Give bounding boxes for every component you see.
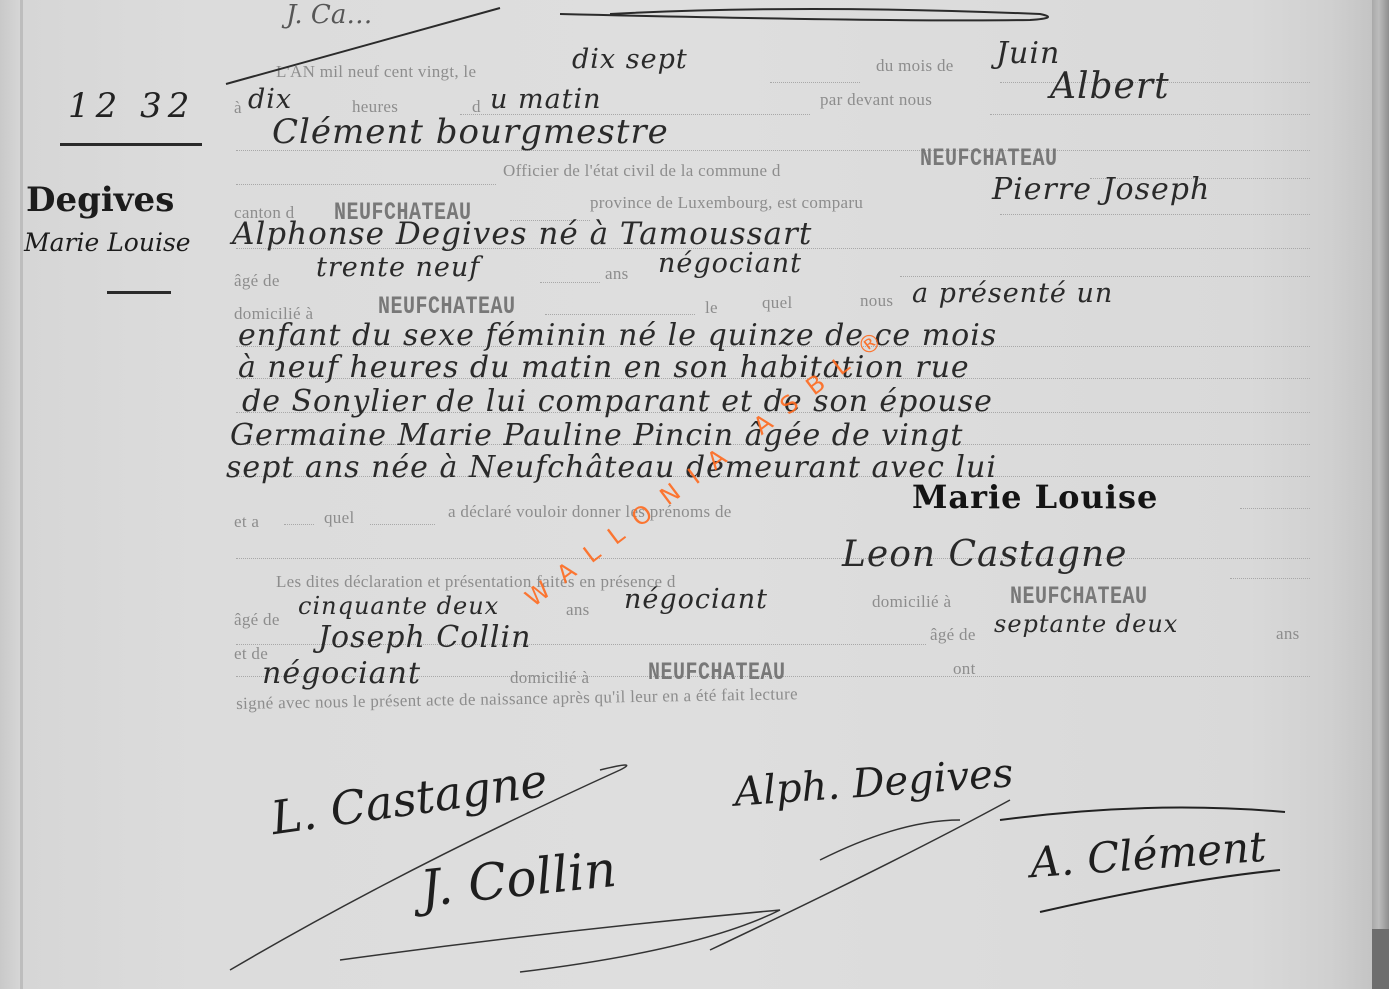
hand-text: de Sonylier de lui comparant et de son é… <box>242 384 993 419</box>
print-text: le <box>705 298 718 318</box>
print-text: et a <box>234 512 259 532</box>
ruling-line <box>545 314 695 315</box>
hand-age: cinquante deux <box>298 592 499 620</box>
ruling-line <box>236 184 496 185</box>
print-text: âgé de <box>234 271 280 291</box>
hand-declarant-name: Pierre Joseph <box>992 172 1210 207</box>
print-text: ans <box>566 600 590 620</box>
margin-rule <box>60 143 202 146</box>
ruling-line <box>1230 578 1310 579</box>
print-text: Officier de l'état civil de la commune d <box>503 161 781 181</box>
stamp-witness2-domicile: NEUFCHATEAU <box>648 659 786 688</box>
margin-rule-short <box>107 291 171 294</box>
print-text: domicilié à <box>872 592 951 612</box>
hand-given-names: Marie Louise <box>912 478 1158 516</box>
print-text: âgé de <box>234 610 280 630</box>
print-text: quel <box>762 293 792 313</box>
ruling-line <box>770 82 860 83</box>
hand-period: u matin <box>490 84 602 115</box>
hand-witness-2: Joseph Collin <box>318 620 531 655</box>
stamp-commune: NEUFCHATEAU <box>920 145 1058 174</box>
print-text: province de Luxembourg, est comparu <box>590 193 863 213</box>
print-text: à <box>234 98 242 118</box>
stamp-witness-domicile: NEUFCHATEAU <box>1010 583 1148 612</box>
print-text: a déclaré vouloir donner les prénoms de <box>448 502 732 522</box>
book-edge-tab <box>1372 929 1389 989</box>
print-text: L'AN mil neuf cent vingt, le <box>276 62 476 82</box>
hand-text: Germaine Marie Pauline Pincin âgée de vi… <box>230 418 963 453</box>
signature-fragment-top: J. Ca… <box>286 0 372 30</box>
hand-witness-1: Leon Castagne <box>842 534 1127 575</box>
print-text: domicilié à <box>510 668 589 688</box>
hand-day: dix sept <box>572 44 688 75</box>
hand-age: septante deux <box>994 610 1178 638</box>
print-text: ont <box>953 659 976 679</box>
ruling-line <box>990 114 1310 115</box>
hand-officer-name: Albert <box>1050 66 1170 107</box>
print-text: nous <box>860 291 893 311</box>
print-text: par devant nous <box>820 90 932 110</box>
ruling-line <box>370 524 435 525</box>
ruling-line <box>236 558 1310 559</box>
print-text: Les dites déclaration et présentation fa… <box>276 572 676 592</box>
print-text: du mois de <box>876 56 954 76</box>
hand-text: sept ans née à Neufchâteau demeurant ave… <box>226 450 997 485</box>
print-text: âgé de <box>930 625 976 645</box>
entry-number: 12 32 <box>68 86 195 126</box>
ruling-line <box>284 524 314 525</box>
hand-hour: dix <box>248 84 292 115</box>
ruling-line <box>1000 214 1310 215</box>
hand-occupation: négociant <box>262 656 421 691</box>
ruling-line <box>900 276 1310 277</box>
hand-occupation: négociant <box>658 248 802 279</box>
page-gutter <box>20 0 23 989</box>
book-edge <box>1372 0 1389 989</box>
hand-age: trente neuf <box>316 252 480 283</box>
hand-declarant-origin: Alphonse Degives né à Tamoussart <box>232 216 812 252</box>
hand-occupation: négociant <box>624 584 768 615</box>
hand-text: a présenté un <box>912 278 1113 309</box>
print-text: ans <box>605 264 629 284</box>
print-text: quel <box>324 508 354 528</box>
ruling-line <box>540 282 600 283</box>
print-text: ans <box>1276 624 1300 644</box>
ruling-line <box>1240 508 1310 509</box>
hand-officer-title: Clément bourgmestre <box>272 112 669 152</box>
margin-given-names: Marie Louise <box>24 228 191 257</box>
margin-surname: Degives <box>26 180 174 220</box>
